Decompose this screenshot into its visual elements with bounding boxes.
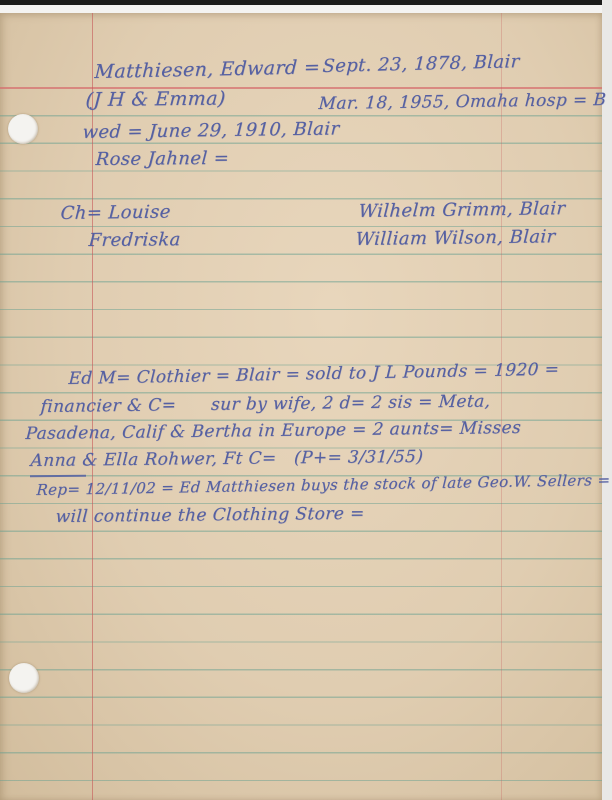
death-date-text: Mar. 18, 1955, Omaha hosp = B	[318, 90, 607, 114]
note-line-5: Rep= 12/11/02 = Ed Matthiesen buys the s…	[36, 471, 612, 499]
child-2-name-text: Fredriska	[88, 229, 181, 251]
scanned-page: Matthiesen, Edward = Sept. 23, 1878, Bla…	[0, 0, 612, 800]
birth-date-text: Sept. 23, 1878, Blair	[322, 51, 520, 77]
child-2-spouse-text: William Wilson, Blair	[355, 226, 556, 250]
surname-name-text: Matthiesen, Edward =	[94, 56, 321, 83]
handwriting-layer: Matthiesen, Edward = Sept. 23, 1878, Bla…	[0, 13, 602, 800]
spouse-name-text: Rose Jahnel =	[95, 148, 230, 170]
parents-text: (J H & Emma)	[85, 88, 226, 111]
marriage-date-text: wed = June 29, 1910, Blair	[82, 118, 340, 143]
child-1-name-text: Ch= Louise	[60, 201, 171, 224]
note-line-3: Pasadena, Calif & Bertha in Europe = 2 a…	[25, 418, 522, 444]
child-1-spouse-text: Wilhelm Grimm, Blair	[358, 198, 566, 222]
note-line-2: financier & C= sur by wife, 2 d= 2 sis =…	[40, 391, 491, 417]
scanner-strip-right	[602, 0, 612, 800]
anna-underline	[30, 475, 86, 477]
note-line-1: Ed M= Clothier = Blair = sold to J L Pou…	[68, 360, 560, 389]
notebook-paper: Matthiesen, Edward = Sept. 23, 1878, Bla…	[0, 13, 602, 800]
note-line-4: Anna & Ella Rohwer, Ft C= (P+= 3/31/55)	[30, 447, 424, 471]
note-line-6: will continue the Clothing Store =	[55, 504, 365, 527]
